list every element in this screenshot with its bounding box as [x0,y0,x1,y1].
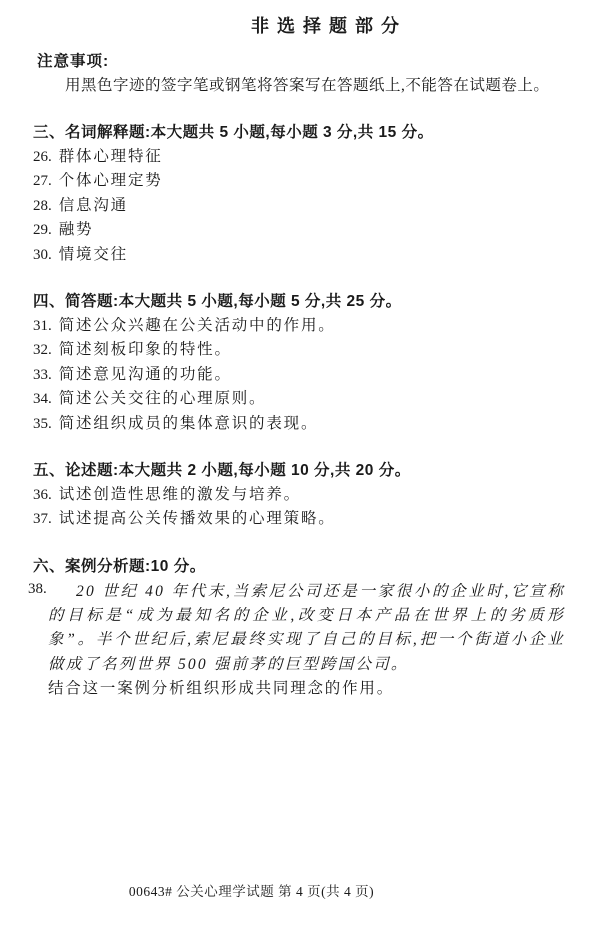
question-item: 36.试述创造性思维的激发与培养。 [33,483,565,507]
question-text: 情境交往 [59,246,128,263]
question-item: 32.简述刻板印象的特性。 [33,338,565,362]
section-essay: 五、论述题:本大题共 2 小题,每小题 10 分,共 20 分。 36.试述创造… [33,459,565,532]
question-number: 28. [33,198,52,214]
question-number: 30. [33,247,52,263]
question-text: 试述提高公关传播效果的心理策略。 [59,510,336,527]
section-short-answer-heading: 四、简答题:本大题共 5 小题,每小题 5 分,共 25 分。 [33,290,565,314]
question-number: 38. [28,581,47,598]
section-essay-heading: 五、论述题:本大题共 2 小题,每小题 10 分,共 20 分。 [33,459,565,483]
section-glossary: 三、名词解释题:本大题共 5 小题,每小题 3 分,共 15 分。 26.群体心… [33,121,565,267]
question-item: 27.个体心理定势 [33,169,565,193]
case-question: 结合这一案例分析组织形成共同理念的作用。 [48,677,565,701]
question-text: 个体心理定势 [59,172,163,189]
question-number: 27. [33,173,52,189]
question-text: 简述意见沟通的功能。 [59,366,232,383]
section-case-analysis-heading: 六、案例分析题:10 分。 [33,555,565,579]
question-number: 34. [33,391,52,407]
question-number: 36. [33,487,52,503]
question-item: 37.试述提高公关传播效果的心理策略。 [33,507,565,531]
question-item: 38. 20 世纪 40 年代末,当索尼公司还是一家很小的企业时,它宣称的目标是… [33,580,565,701]
page-footer: 00643# 公关心理学试题 第 4 页(共 4 页) [0,880,549,900]
question-text: 信息沟通 [59,197,128,214]
question-text: 群体心理特征 [59,148,163,165]
question-number: 33. [33,367,52,383]
question-item: 28.信息沟通 [33,194,565,218]
question-number: 31. [33,318,52,334]
question-number: 35. [33,416,52,432]
question-item: 33.简述意见沟通的功能。 [33,363,565,387]
question-text: 融势 [59,221,94,238]
section-short-answer: 四、简答题:本大题共 5 小题,每小题 5 分,共 25 分。 31.简述公众兴… [33,290,565,436]
question-item: 35.简述组织成员的集体意识的表现。 [33,412,565,436]
page-title: 非选择题部分 [59,0,591,37]
question-item: 30.情境交往 [33,243,565,267]
question-text: 简述刻板印象的特性。 [59,341,232,358]
question-number: 26. [33,149,52,165]
question-number: 32. [33,342,52,358]
question-item: 29.融势 [33,218,565,242]
case-text: 20 世纪 40 年代末,当索尼公司还是一家很小的企业时,它宣称的目标是“成为最… [48,580,565,677]
question-number: 37. [33,511,52,527]
question-text: 试述创造性思维的激发与培养。 [59,486,301,503]
section-glossary-heading: 三、名词解释题:本大题共 5 小题,每小题 3 分,共 15 分。 [33,121,565,145]
question-number: 29. [33,222,52,238]
question-text: 简述公关交往的心理原则。 [59,390,267,407]
question-item: 31.简述公众兴趣在公关活动中的作用。 [33,314,565,338]
notice-heading: 注意事项: [37,50,565,73]
section-case-analysis: 六、案例分析题:10 分。 38. 20 世纪 40 年代末,当索尼公司还是一家… [33,555,565,701]
exam-page: 非选择题部分 注意事项: 用黑色字迹的签字笔或钢笔将答案写在答题纸上,不能答在试… [0,0,595,926]
question-item: 26.群体心理特征 [33,145,565,169]
question-text: 简述组织成员的集体意识的表现。 [59,415,319,432]
question-item: 34.简述公关交往的心理原则。 [33,387,565,411]
notice-line: 用黑色字迹的签字笔或钢笔将答案写在答题纸上,不能答在试题卷上。 [65,73,565,98]
question-text: 简述公众兴趣在公关活动中的作用。 [59,317,336,334]
